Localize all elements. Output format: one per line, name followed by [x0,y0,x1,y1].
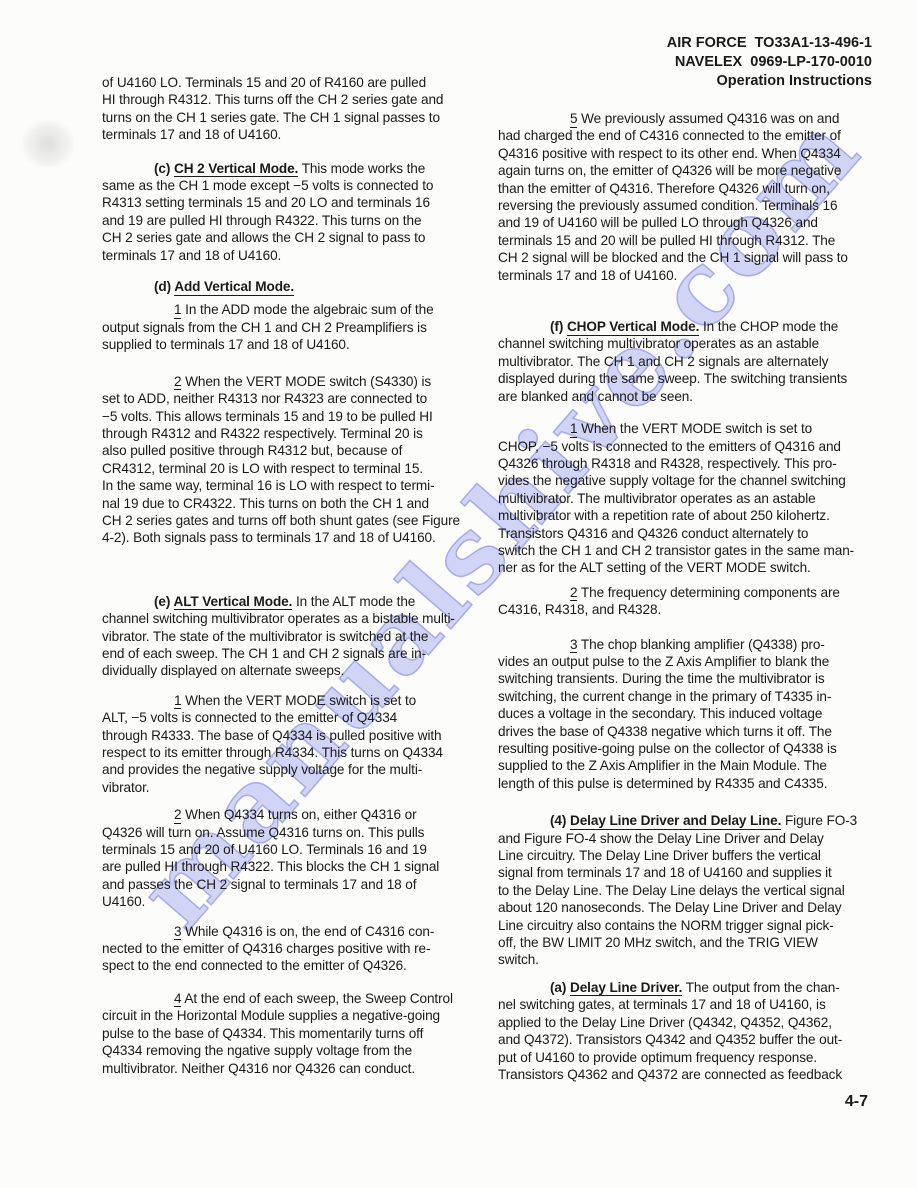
text-run: While Q4316 is on, the end of C4316 con-… [102,924,434,974]
paragraph-left-6: (e) ALT Vertical Mode. In the ALT mode t… [102,593,484,680]
text-run: (4) [550,813,570,828]
header-line-publication-number: AIR FORCE TO33A1-13-496-1 [667,34,872,53]
text-run: In the ADD mode the algebraic sum of the… [102,302,434,352]
text-run: (d) [154,279,174,294]
document-page: manualshive.com AIR FORCE TO33A1-13-496-… [0,0,918,1188]
section-heading: Delay Line Driver and Delay Line. [570,813,781,830]
text-run: When Q4334 turns on, either Q4316 or Q43… [102,807,439,909]
paragraph-left-1: of U4160 LO. Terminals 15 and 20 of R416… [102,74,484,144]
text-run: We previously assumed Q4316 was on and h… [498,111,848,283]
section-heading: ALT Vertical Mode. [174,594,293,611]
paragraph-right-7: (a) Delay Line Driver. The output from t… [498,979,878,1083]
text-run: When the VERT MODE switch (S4330) is set… [102,374,460,546]
text-run: (a) [550,980,570,995]
paragraph-left-4: 1 In the ADD mode the algebraic sum of t… [102,301,484,353]
text-run: Figure FO-3 and Figure FO-4 show the Del… [498,813,857,967]
right-text-column: 5 We previously assumed Q4316 was on and… [498,110,878,1083]
paragraph-left-9: 3 While Q4316 is on, the end of C4316 co… [102,923,484,975]
text-run: When the VERT MODE switch is set to CHOP… [498,421,854,575]
section-heading: CH 2 Vertical Mode. [174,161,298,178]
paragraph-right-4: 2 The frequency determining components a… [498,584,878,619]
paragraph-left-10: 4 At the end of each sweep, the Sweep Co… [102,990,484,1077]
paragraph-right-6: (4) Delay Line Driver and Delay Line. Fi… [498,812,878,969]
text-run: of U4160 LO. Terminals 15 and 20 of R416… [102,75,443,142]
section-heading: Delay Line Driver. [570,980,682,997]
section-heading: Add Vertical Mode. [174,279,294,296]
paragraph-right-2: (f) CHOP Vertical Mode. In the CHOP mode… [498,318,878,405]
paragraph-left-5: 2 When the VERT MODE switch (S4330) is s… [102,373,484,547]
paragraph-left-7: 1 When the VERT MODE switch is set to AL… [102,692,484,796]
text-run: (e) [154,594,174,609]
text-run: The frequency determining components are… [498,585,840,617]
smudge-mark [22,120,74,168]
paragraph-right-5: 3 The chop blanking amplifier (Q4338) pr… [498,636,878,793]
section-heading: CHOP Vertical Mode. [567,319,699,336]
page-number: 4-7 [845,1093,868,1111]
text-run: When the VERT MODE switch is set to ALT,… [102,693,443,795]
text-run: At the end of each sweep, the Sweep Cont… [102,991,453,1076]
text-run: The chop blanking amplifier (Q4338) pro-… [498,637,837,791]
paragraph-left-2: (c) CH 2 Vertical Mode. This mode works … [102,160,484,264]
paragraph-left-8: 2 When Q4334 turns on, either Q4316 or Q… [102,806,484,910]
text-run: (c) [154,161,174,176]
paragraph-right-1: 5 We previously assumed Q4316 was on and… [498,110,878,284]
header-line-navelex-number: NAVELEX 0969-LP-170-0010 [667,53,872,72]
header-line-section-title: Operation Instructions [667,72,872,91]
text-run: (f) [550,319,567,334]
document-header: AIR FORCE TO33A1-13-496-1 NAVELEX 0969-L… [667,34,872,91]
paragraph-left-3: (d) Add Vertical Mode. [102,278,484,295]
paragraph-right-3: 1 When the VERT MODE switch is set to CH… [498,420,878,577]
left-text-column: of U4160 LO. Terminals 15 and 20 of R416… [102,74,484,1077]
